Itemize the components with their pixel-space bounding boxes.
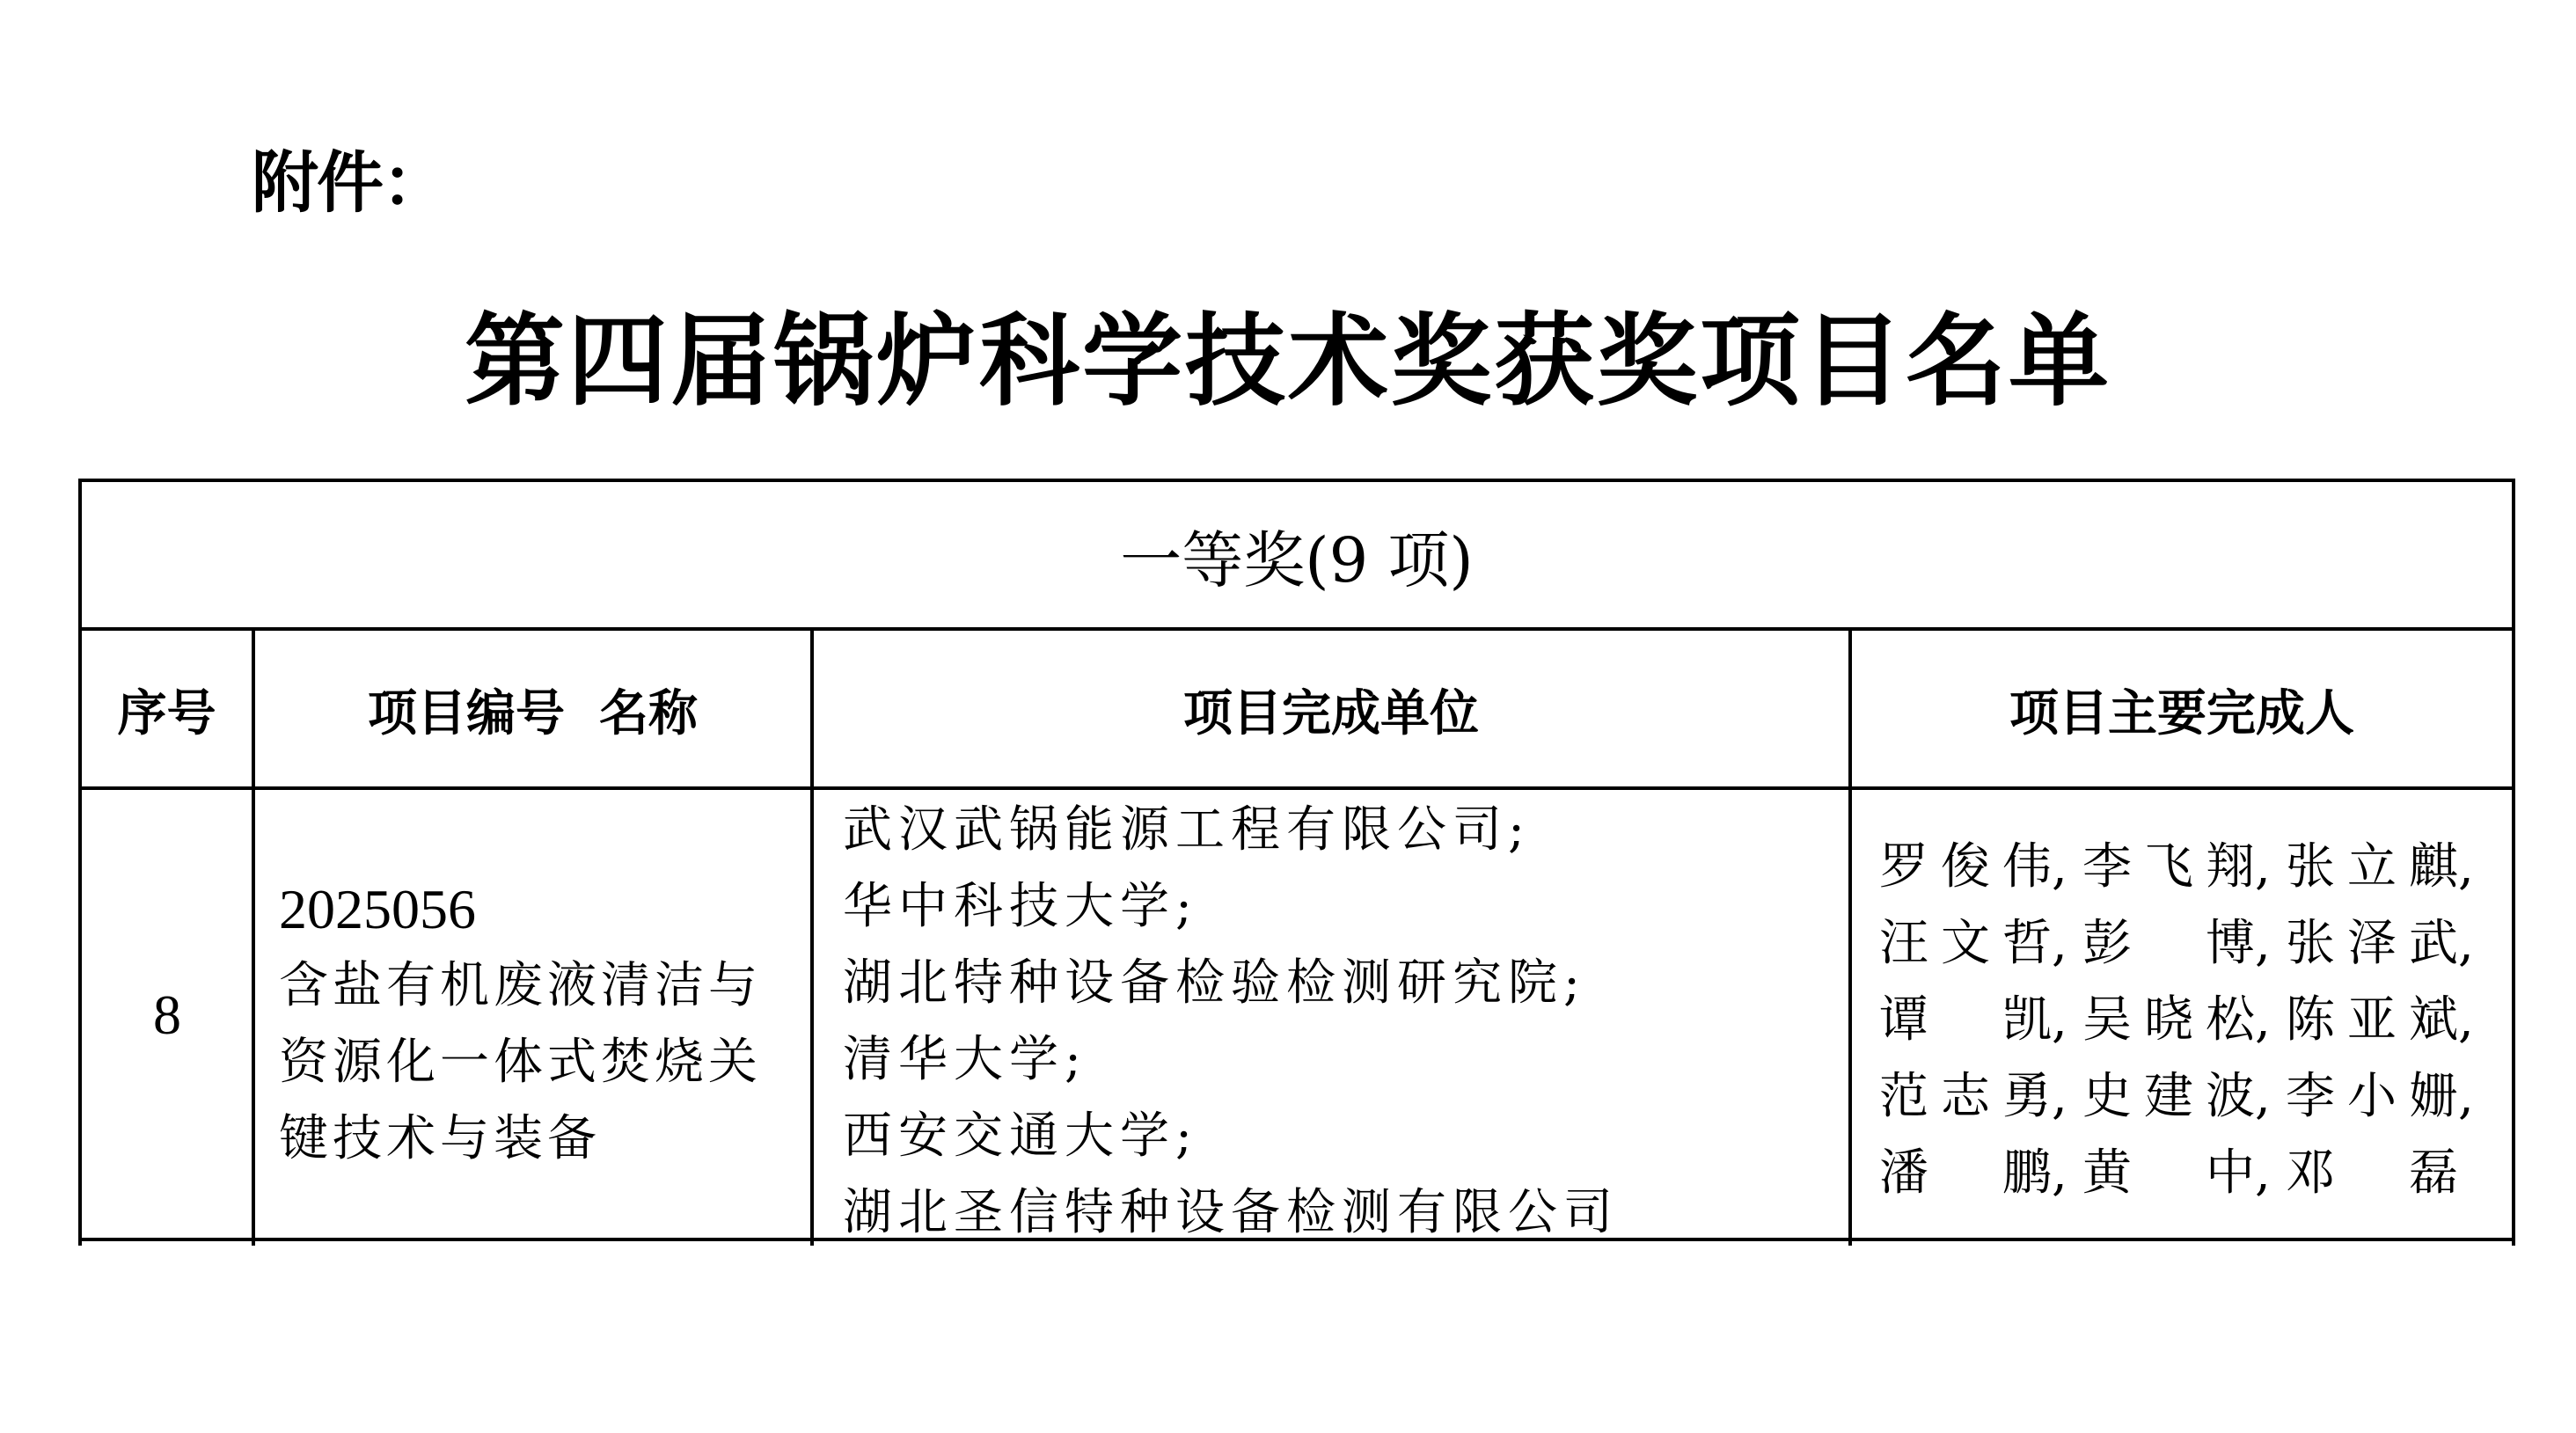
project-name-line: 含盐有机废液清洁与 <box>279 947 798 1024</box>
unit-item: 清华大学; <box>843 1021 1837 1098</box>
unit-item: 湖北圣信特种设备检测有限公司 <box>843 1174 1837 1251</box>
header-project: 项目编号 名称 <box>255 632 810 787</box>
name-separator: , <box>2458 905 2486 982</box>
people-row: 罗俊伟,李飞翔,张立麒, <box>1879 829 2486 905</box>
people-row: 汪文哲,彭博,张泽武, <box>1879 905 2486 982</box>
name-separator: , <box>2255 1058 2283 1135</box>
person-name: 李小姗 <box>2286 1058 2458 1135</box>
name-separator <box>2458 1135 2486 1211</box>
person-name: 汪文哲 <box>1879 905 2052 982</box>
person-name: 李飞翔 <box>2082 829 2255 905</box>
name-separator: , <box>2458 982 2486 1058</box>
people-cell: 罗俊伟,李飞翔,张立麒,汪文哲,彭博,张泽武,谭凯,吴晓松,陈亚斌,范志勇,史建… <box>1879 829 2486 1211</box>
name-separator: , <box>2052 905 2080 982</box>
unit-item: 武汉武锅能源工程有限公司; <box>843 792 1837 868</box>
header-units: 项目完成单位 <box>814 632 1848 787</box>
project-cell: 2025056 含盐有机废液清洁与 资源化一体式焚烧关 键技术与装备 <box>279 871 798 1177</box>
unit-item: 西安交通大学; <box>843 1098 1837 1174</box>
people-row: 范志勇,史建波,李小姗, <box>1879 1058 2486 1135</box>
right-border-tail <box>2512 1238 2515 1246</box>
document-title: 第四届锅炉科学技术奖获奖项目名单 <box>0 299 2576 422</box>
person-name: 邓磊 <box>2286 1135 2458 1211</box>
attachment-label: 附件： <box>252 139 447 227</box>
person-name: 张立麒 <box>2286 829 2458 905</box>
people-row: 潘鹏,黄中,邓磊 <box>1879 1135 2486 1211</box>
person-name: 彭博 <box>2082 905 2255 982</box>
project-code: 2025056 <box>279 871 798 947</box>
row-seq: 8 <box>82 791 252 1239</box>
name-separator: , <box>2255 1135 2283 1211</box>
person-name: 陈亚斌 <box>2286 982 2458 1058</box>
unit-item: 华中科技大学; <box>843 868 1837 945</box>
person-name: 史建波 <box>2082 1058 2255 1135</box>
person-name: 谭凯 <box>1879 982 2052 1058</box>
name-separator: , <box>2052 829 2080 905</box>
person-name: 潘鹏 <box>1879 1135 2052 1211</box>
name-separator: , <box>2255 982 2283 1058</box>
name-separator: , <box>2255 905 2283 982</box>
project-name-line: 资源化一体式焚烧关 <box>279 1024 798 1100</box>
name-separator: , <box>2458 829 2486 905</box>
name-separator: , <box>2052 1058 2080 1135</box>
name-separator: , <box>2458 1058 2486 1135</box>
name-separator: , <box>2052 982 2080 1058</box>
name-separator: , <box>2052 1135 2080 1211</box>
person-name: 范志勇 <box>1879 1058 2052 1135</box>
person-name: 张泽武 <box>2286 905 2458 982</box>
person-name: 罗俊伟 <box>1879 829 2052 905</box>
header-seq: 序号 <box>82 632 252 787</box>
person-name: 吴晓松 <box>2082 982 2255 1058</box>
people-row: 谭凯,吴晓松,陈亚斌, <box>1879 982 2486 1058</box>
person-name: 黄中 <box>2082 1135 2255 1211</box>
project-name-line: 键技术与装备 <box>279 1100 798 1177</box>
unit-item: 湖北特种设备检验检测研究院; <box>843 945 1837 1021</box>
name-separator: , <box>2255 829 2283 905</box>
header-people: 项目主要完成人 <box>1852 632 2512 787</box>
award-section-title: 一等奖(9 项) <box>78 482 2515 628</box>
units-cell: 武汉武锅能源工程有限公司; 华中科技大学; 湖北特种设备检验检测研究院; 清华大… <box>843 792 1837 1251</box>
